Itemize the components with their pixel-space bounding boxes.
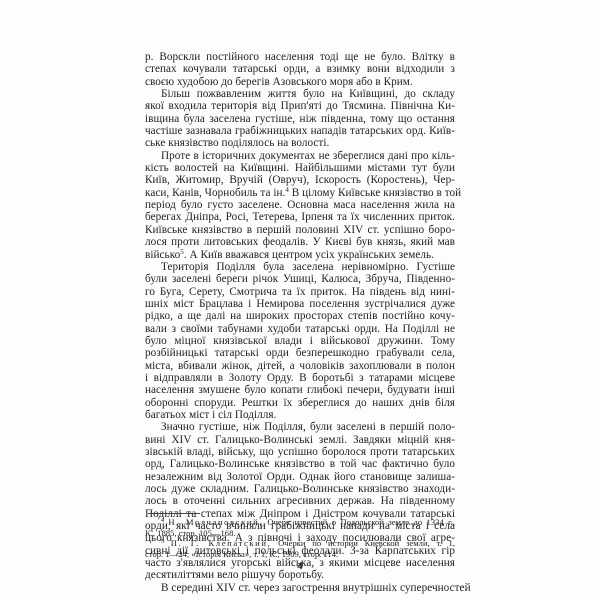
footnote-text: Очерк известий о Подольской земле до 133… xyxy=(263,517,455,527)
footnotes: 4 Н. Молчановский, Очерк известий о Подо… xyxy=(145,517,455,559)
text-line: період було густо заселене. Основна маса… xyxy=(145,199,455,211)
text-line: Проте в історичних документах не зберегл… xyxy=(145,150,455,162)
text-line: незалежним від Золотої Орди. Однак його … xyxy=(145,471,455,483)
text-line: частіше зазнавала грабіжницьких нападів … xyxy=(145,125,455,137)
footnote-4: 4 Н. Молчановский, Очерк известий о Подо… xyxy=(145,517,455,528)
text-line: р. Ворскли постійного населення тоді ще … xyxy=(145,51,455,63)
text-line: вали з своїми табунами худоби татарські … xyxy=(145,323,455,335)
text-line: населення змушене було копати глибокі пе… xyxy=(145,384,455,396)
footnote-5-continued: стор. 1—24; «Історія Києва», т. 1, К., 1… xyxy=(145,549,455,560)
text-line: було міцної князівської влади і військов… xyxy=(145,335,455,347)
text-line: Значно густіше, ніж Поділля, були заселе… xyxy=(145,421,455,433)
footnote-marker: 5 xyxy=(161,539,164,545)
book-page: р. Ворскли постійного населення тоді ще … xyxy=(0,0,600,600)
text-line: шніх міст Брацлава і Немирова поселення … xyxy=(145,298,455,310)
text-line: вині XIV ст. Галицько-Волинські землі. З… xyxy=(145,434,455,446)
text-line: орд, Галицько-Волинське князівство в той… xyxy=(145,458,455,470)
text-line: Територія Поділля була заселена нерівном… xyxy=(145,261,455,273)
text-line: оборонні споруди. Рештки їх збереглися д… xyxy=(145,397,455,409)
text-line: лось дуже складним. Галицько-Волинське к… xyxy=(145,483,455,495)
footnote-5: 5 П. Г. Клепатский, Очерки по истории Ки… xyxy=(145,538,455,549)
text-fragment: В цілому Київське князівство в той xyxy=(289,187,461,199)
text-line: степах кочували татарські орди, а взимку… xyxy=(145,63,455,75)
page-number: 4 xyxy=(0,560,600,572)
text-line: го Буга, Серету, Смотрича та їх приток. … xyxy=(145,286,455,298)
text-fragment: . А Київ вважався центром усіх українськ… xyxy=(184,249,434,261)
text-line: каси, Канів, Чорнобиль та ін.4 В цілому … xyxy=(145,187,455,199)
text-line: багатьох міст і сіл Поділля. xyxy=(145,409,455,421)
text-line: лося проти литовських феодалів. У Києві … xyxy=(145,236,455,248)
text-line: Київ, Житомир, Вручій (Овруч), Іскорость… xyxy=(145,174,455,186)
text-fragment: каси, Канів, Чорнобиль та ін. xyxy=(145,187,285,199)
text-line: івщина була заселена густіше, ніж півден… xyxy=(145,113,455,125)
text-line: лось в оточенні сильних агресивних держа… xyxy=(145,495,455,507)
text-line: кість волостей на Київщині. Найбільшими … xyxy=(145,162,455,174)
text-line: рідко, а ще далі на широких просторах ст… xyxy=(145,310,455,322)
text-line: В середині XIV ст. через загострення вну… xyxy=(145,582,455,594)
footnote-author: Н. Молчановский, xyxy=(168,517,263,527)
text-line: міста, вбивали жінок, дітей, а чоловіків… xyxy=(145,360,455,372)
footnote-author: П. Г. Клепатский, xyxy=(171,538,272,548)
text-line: своєю худобою до берегів Азовського моря… xyxy=(145,76,455,88)
footnote-text: Очерки по истории Киевской земли, т. 1, xyxy=(271,538,455,548)
footnote-4-continued: К., 1885, стор. 105—168. xyxy=(145,528,455,539)
footnote-separator xyxy=(148,513,200,514)
text-line: зівській владі, війську, що успішно боро… xyxy=(145,446,455,458)
footnote-marker: 4 xyxy=(161,518,164,524)
text-line: берегах Дніпра, Росі, Тетерева, Ірпеня т… xyxy=(145,211,455,223)
text-fragment: військо xyxy=(145,249,180,261)
text-line: Київське князівство в першій половині XI… xyxy=(145,224,455,236)
text-line: військо5. А Київ вважався центром усіх у… xyxy=(145,249,455,261)
text-line: і відправляли в Золоту Орду. В боротьбі … xyxy=(145,372,455,384)
text-line: якої входила територія від Прип'яті до Т… xyxy=(145,100,455,112)
text-line: ське князівство поділялось на волості. xyxy=(145,137,455,149)
text-line: були заселені береги річок Ушиці, Калюса… xyxy=(145,273,455,285)
text-line: розбійницькі татарські орди безперешкодн… xyxy=(145,347,455,359)
text-line: Більш пожвавленим життя було на Київщині… xyxy=(145,88,455,100)
